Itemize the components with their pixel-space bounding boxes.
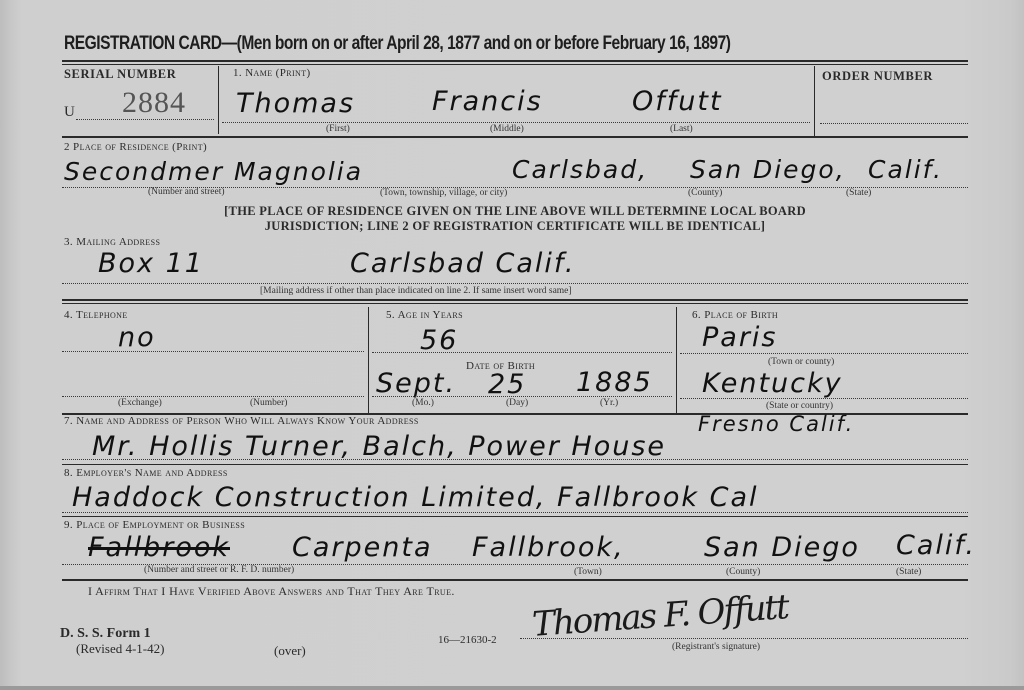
residence-notice-line2: JURISDICTION; LINE 2 OF REGISTRATION CER… bbox=[62, 219, 968, 234]
dob-year-caption: (Yr.) bbox=[600, 398, 618, 408]
name-first-caption: (First) bbox=[326, 124, 350, 134]
birthplace-label: 6. Place of Birth bbox=[692, 309, 778, 321]
employment-label: 9. Place of Employment or Business bbox=[64, 519, 245, 531]
rule-after-mailing bbox=[62, 299, 968, 304]
over-note: (over) bbox=[274, 643, 306, 659]
rule-after-contact bbox=[62, 464, 968, 465]
dob-day-caption: (Day) bbox=[506, 398, 528, 408]
residence-state-caption: (State) bbox=[846, 188, 871, 198]
name-dotted-line bbox=[222, 122, 810, 123]
mailing-city-value: Carlsbad Calif. bbox=[350, 248, 576, 279]
serial-divider bbox=[218, 66, 219, 134]
rule-after-employer bbox=[62, 516, 968, 517]
serial-number-label: SERIAL NUMBER bbox=[64, 67, 176, 82]
employment-county-value: San Diego bbox=[704, 532, 860, 563]
form-number: D. S. S. Form 1 bbox=[60, 626, 151, 642]
residence-street-caption: (Number and street) bbox=[148, 187, 225, 197]
name-middle-caption: (Middle) bbox=[490, 124, 524, 134]
serial-number-value: 2884 bbox=[122, 86, 186, 120]
birthplace-state-dotted-line bbox=[680, 398, 968, 399]
mailing-caption: [Mailing address if other than place ind… bbox=[260, 286, 572, 296]
employment-state-caption: (State) bbox=[896, 567, 921, 577]
employer-value: Haddock Construction Limited, Fallbrook … bbox=[72, 482, 759, 513]
registration-card: REGISTRATION CARD—(Men born on or after … bbox=[0, 0, 1024, 690]
age-label: 5. Age in Years bbox=[386, 309, 463, 321]
telephone-number-caption: (Number) bbox=[250, 398, 287, 408]
birthplace-town-value: Paris bbox=[702, 322, 778, 353]
dob-month-caption: (Mo.) bbox=[412, 398, 434, 408]
birthplace-state-caption: (State or country) bbox=[766, 401, 833, 411]
dob-divider bbox=[676, 307, 677, 413]
residence-town-value: Carlsbad, bbox=[512, 155, 648, 184]
name-last-caption: (Last) bbox=[670, 124, 693, 134]
employment-town-value: Fallbrook, bbox=[472, 532, 625, 563]
residence-town-caption: (Town, township, village, or city) bbox=[380, 188, 507, 198]
dob-dotted-line bbox=[372, 396, 672, 397]
name-last-value: Offutt bbox=[632, 86, 723, 117]
affirmation-text: I Affirm That I Have Verified Above Answ… bbox=[88, 584, 455, 599]
employer-dotted-line bbox=[62, 512, 968, 513]
employment-street-caption: (Number and street or R. F. D. number) bbox=[144, 565, 294, 575]
name-middle-value: Francis bbox=[432, 86, 543, 117]
form-code: 16—21630-2 bbox=[438, 634, 497, 646]
card-title: REGISTRATION CARD—(Men born on or after … bbox=[64, 33, 730, 55]
employment-state-value: Calif. bbox=[896, 530, 976, 561]
residence-county-value: San Diego, bbox=[690, 155, 846, 184]
birthplace-town-caption: (Town or county) bbox=[768, 357, 834, 367]
contact-value: Mr. Hollis Turner, Balch, Power House bbox=[92, 431, 666, 462]
employer-label: 8. Employer's Name and Address bbox=[64, 467, 228, 479]
contact-dotted-line bbox=[62, 459, 968, 460]
contact-value-above: Fresno Calif. bbox=[698, 412, 854, 436]
residence-county-caption: (County) bbox=[688, 188, 722, 198]
rule-after-name bbox=[62, 136, 968, 138]
mailing-dotted-line bbox=[62, 283, 968, 284]
telephone-label: 4. Telephone bbox=[64, 309, 128, 321]
mailing-address-label: 3. Mailing Address bbox=[64, 236, 160, 248]
name-first-value: Thomas bbox=[236, 88, 355, 119]
registrant-signature: Thomas F. Offutt bbox=[531, 587, 789, 645]
residence-label: 2 Place of Residence (Print) bbox=[64, 141, 207, 153]
order-dotted-line bbox=[820, 123, 968, 124]
name-label: 1. Name (Print) bbox=[233, 67, 311, 79]
signature-dotted-line bbox=[520, 638, 968, 639]
serial-prefix: U bbox=[64, 104, 75, 121]
employment-county-caption: (County) bbox=[726, 567, 760, 577]
birthplace-town-dotted-line bbox=[680, 353, 968, 354]
contact-label: 7. Name and Address of Person Who Will A… bbox=[64, 415, 419, 427]
mailing-box-value: Box 11 bbox=[98, 248, 204, 279]
dob-month-value: Sept. bbox=[376, 368, 456, 399]
telephone-exchange-caption: (Exchange) bbox=[118, 398, 162, 408]
residence-notice-line1: [THE PLACE OF RESIDENCE GIVEN ON THE LIN… bbox=[62, 204, 968, 219]
employment-street-struck-value: Fallbrook bbox=[88, 532, 230, 563]
telephone-value: no bbox=[118, 322, 156, 353]
residence-street-value: Secondmer Magnolia bbox=[64, 157, 363, 186]
telephone-dotted-line-2 bbox=[62, 396, 364, 397]
serial-dotted-line bbox=[76, 119, 214, 120]
rule-after-employment bbox=[62, 579, 968, 581]
top-rule bbox=[62, 60, 968, 65]
signature-caption: (Registrant's signature) bbox=[672, 642, 760, 652]
employment-street-value: Carpenta bbox=[292, 532, 433, 563]
residence-state-value: Calif. bbox=[868, 155, 943, 184]
employment-town-caption: (Town) bbox=[574, 567, 602, 577]
age-dotted-line bbox=[372, 352, 672, 353]
form-revised: (Revised 4-1-42) bbox=[76, 641, 164, 657]
birthplace-state-value: Kentucky bbox=[702, 368, 843, 399]
telephone-dotted-line-1 bbox=[62, 351, 364, 352]
order-number-label: ORDER NUMBER bbox=[822, 69, 933, 84]
order-divider bbox=[814, 66, 815, 136]
dob-year-value: 1885 bbox=[576, 367, 653, 398]
telephone-divider bbox=[368, 307, 369, 413]
